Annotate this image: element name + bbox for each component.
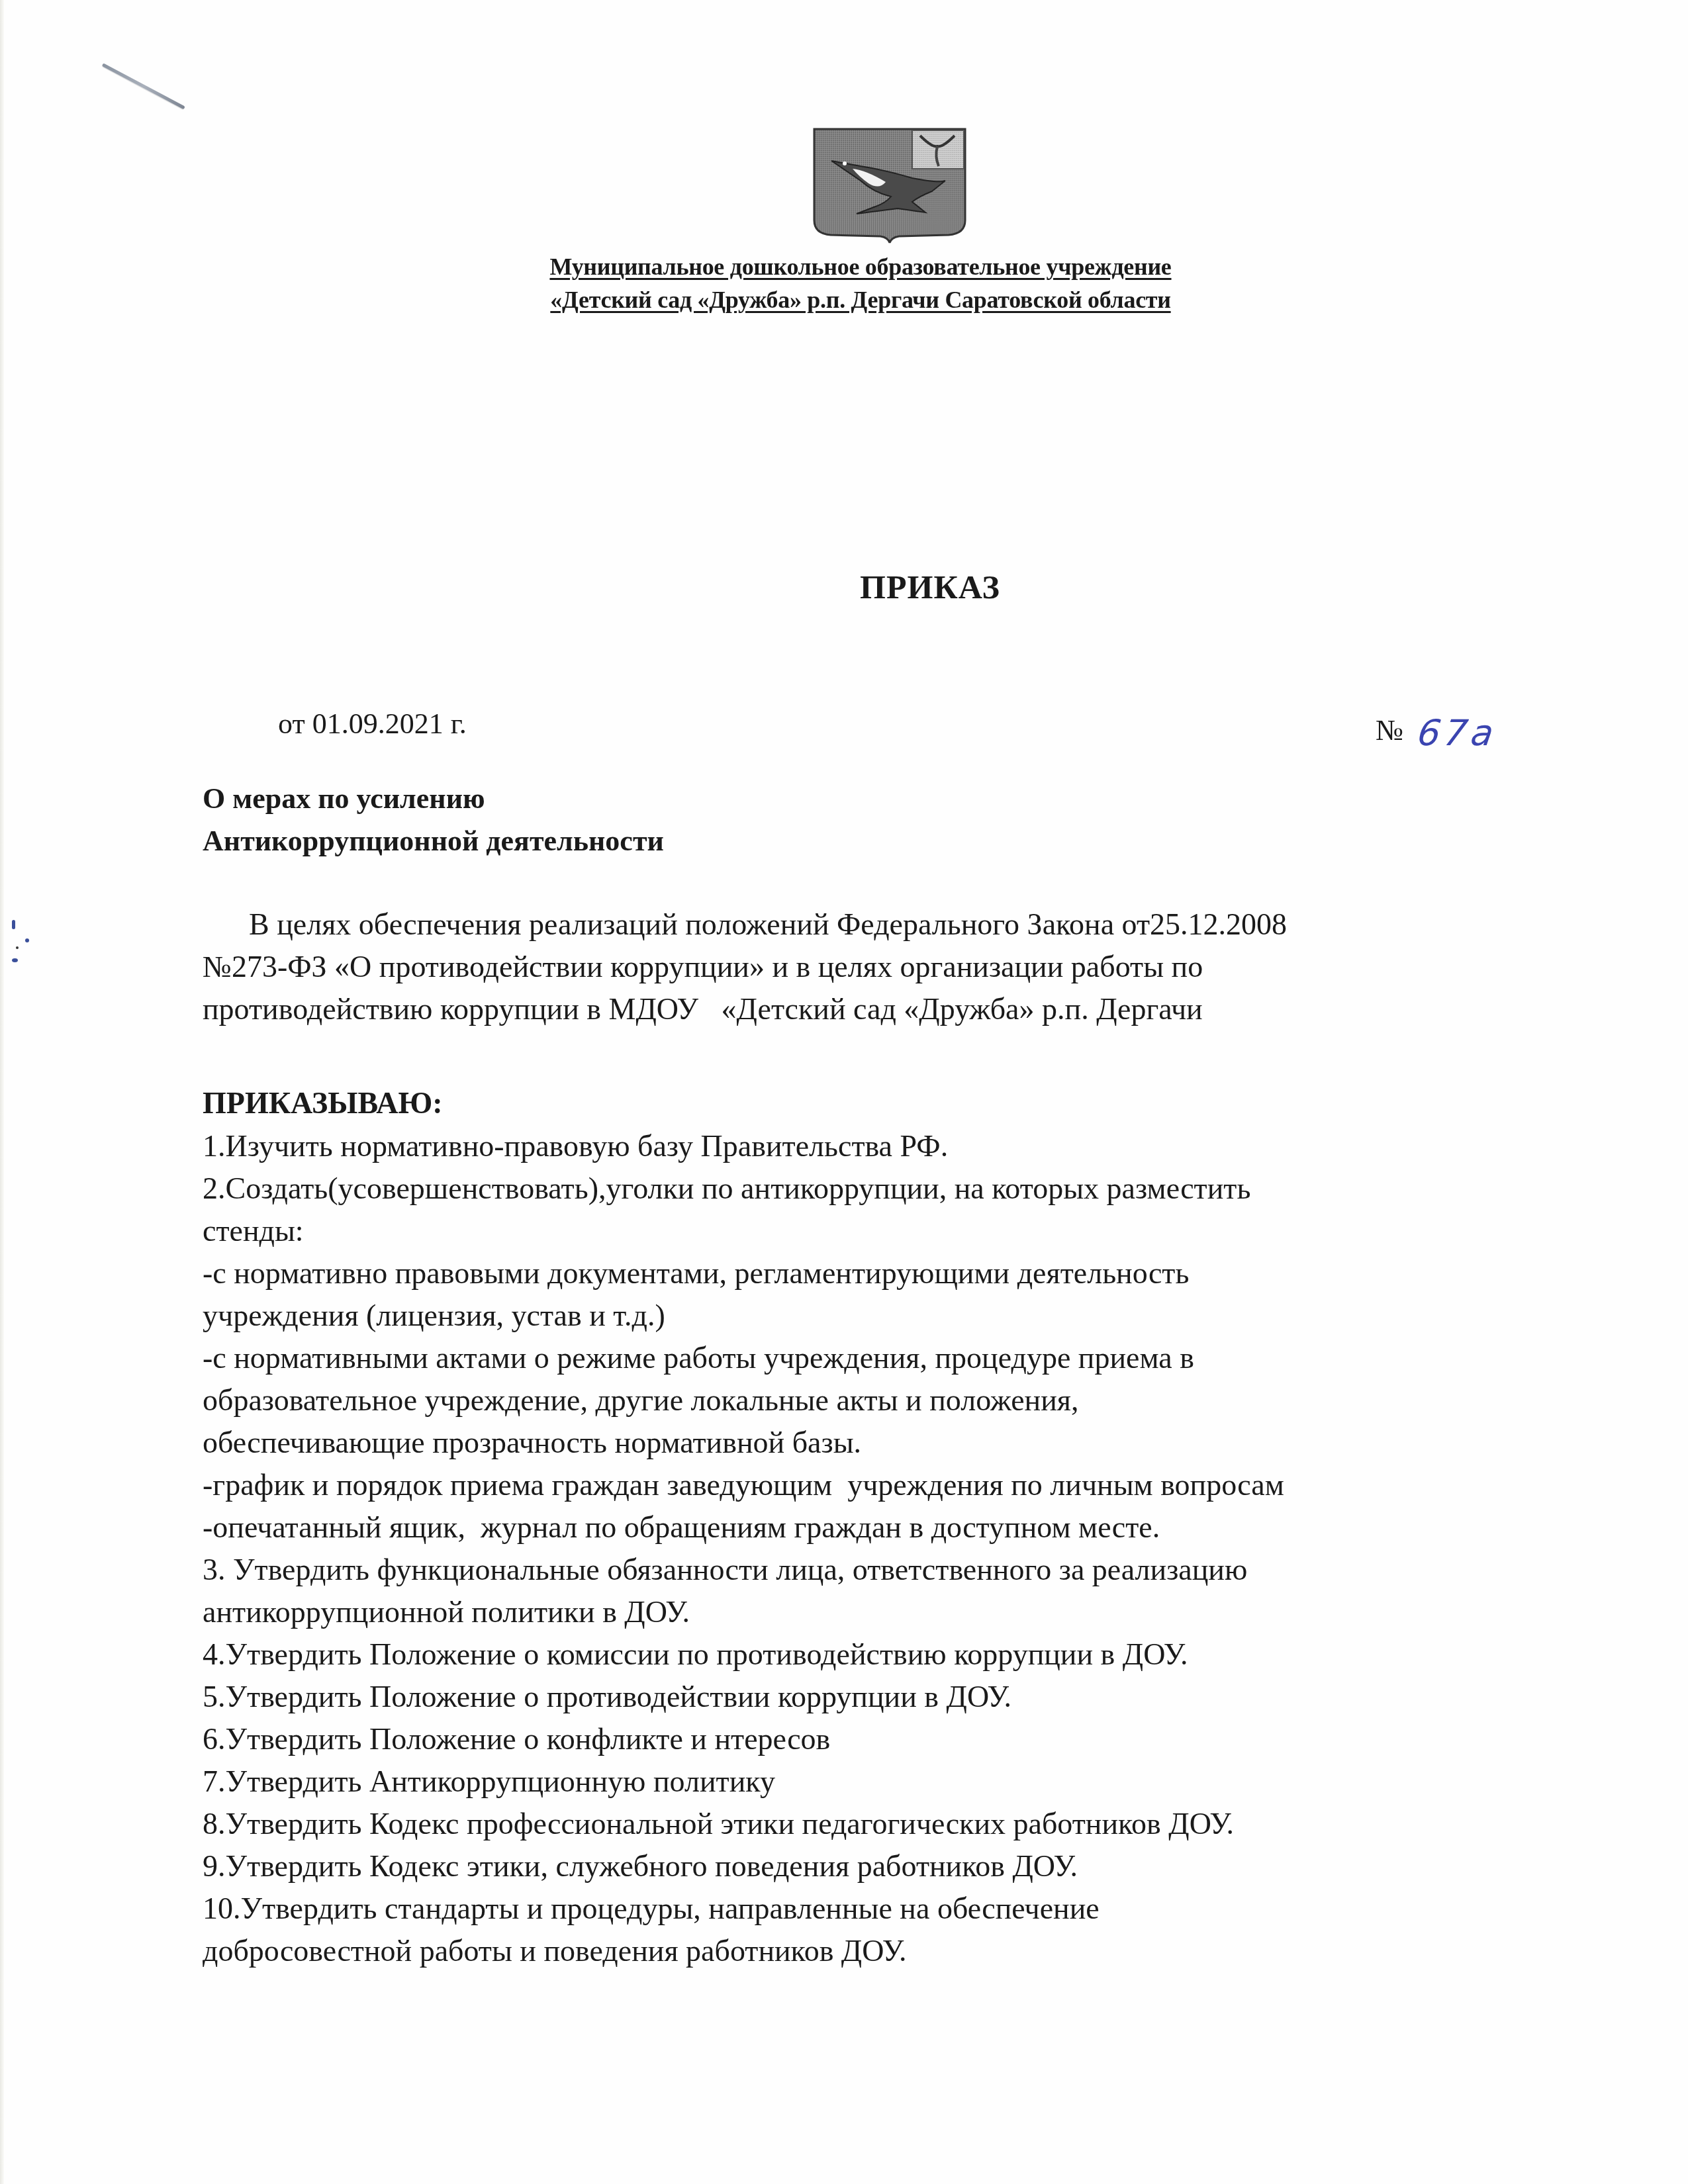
document-subject: О мерах по усилению Антикоррупционной де… — [203, 778, 664, 862]
order-subitem: -с нормативно правовыми документами, рег… — [203, 1252, 1606, 1295]
order-item: 3. Утвердить функциональные обязанности … — [203, 1549, 1606, 1591]
order-item-continuation: добросовестной работы и поведения работн… — [203, 1930, 1606, 1972]
order-subitem: -график и порядок приема граждан заведую… — [203, 1464, 1606, 1506]
preamble-paragraph: В целях обеспечения реализаций положений… — [203, 903, 1606, 1030]
handwritten-number: 67а — [1415, 712, 1501, 754]
order-item: 4.Утвердить Положение о комиссии по прот… — [203, 1633, 1606, 1676]
preamble-line: противодействию коррупции в МДОУ «Детски… — [203, 988, 1606, 1030]
order-item: 1.Изучить нормативно-правовую базу Прави… — [203, 1125, 1606, 1167]
order-subitem-continuation: обеспечивающие прозрачность нормативной … — [203, 1422, 1606, 1464]
order-item: 5.Утвердить Положение о противодействии … — [203, 1676, 1606, 1718]
ink-dots-icon — [5, 920, 32, 973]
organization-header: Муниципальное дошкольное образовательное… — [397, 250, 1324, 316]
organization-name-line2: «Детский сад «Дружба» р.п. Дергачи Сарат… — [550, 283, 1170, 316]
order-subitem-continuation: учреждения (лицензия, устав и т.д.) — [203, 1295, 1606, 1337]
scan-edge-shadow — [0, 0, 4, 2184]
document-page: Муниципальное дошкольное образовательное… — [0, 0, 1688, 2184]
order-subitem: -с нормативными актами о режиме работы у… — [203, 1337, 1606, 1379]
order-item: 7.Утвердить Антикоррупционную политику — [203, 1760, 1606, 1803]
order-item: 6.Утвердить Положение о конфликте и нтер… — [203, 1718, 1606, 1760]
organization-name-line1: Муниципальное дошкольное образовательное… — [549, 250, 1171, 283]
order-item: 10.Утвердить стандарты и процедуры, напр… — [203, 1888, 1606, 1930]
subject-line: О мерах по усилению — [203, 778, 664, 820]
order-item-continuation: антикоррупционной политики в ДОУ. — [203, 1591, 1606, 1633]
subject-line: Антикоррупционной деятельности — [203, 820, 664, 862]
number-sign: № — [1376, 713, 1403, 747]
staple-mark-icon — [102, 63, 185, 109]
order-subitem-continuation: образовательное учреждение, другие локал… — [203, 1379, 1606, 1422]
order-subitem: -опечатанный ящик, журнал по обращениям … — [203, 1506, 1606, 1549]
order-heading: ПРИКАЗЫВАЮ: — [203, 1085, 443, 1120]
order-item: 8.Утвердить Кодекс профессиональной этик… — [203, 1803, 1606, 1845]
preamble-line: В целях обеспечения реализаций положений… — [203, 903, 1606, 946]
order-items-list: 1.Изучить нормативно-правовую базу Прави… — [203, 1125, 1606, 1972]
order-item: 9.Утвердить Кодекс этики, служебного пов… — [203, 1845, 1606, 1888]
document-title: ПРИКАЗ — [0, 568, 1688, 606]
order-item-continuation: стенды: — [203, 1210, 1606, 1252]
document-date: от 01.09.2021 г. — [278, 707, 467, 741]
order-item: 2.Создать(усовершенствовать),уголки по а… — [203, 1167, 1606, 1210]
preamble-line: №273-ФЗ «О противодействии коррупции» и … — [203, 946, 1606, 988]
document-number: № 67а — [1376, 707, 1497, 749]
coat-of-arms-icon — [813, 128, 966, 244]
